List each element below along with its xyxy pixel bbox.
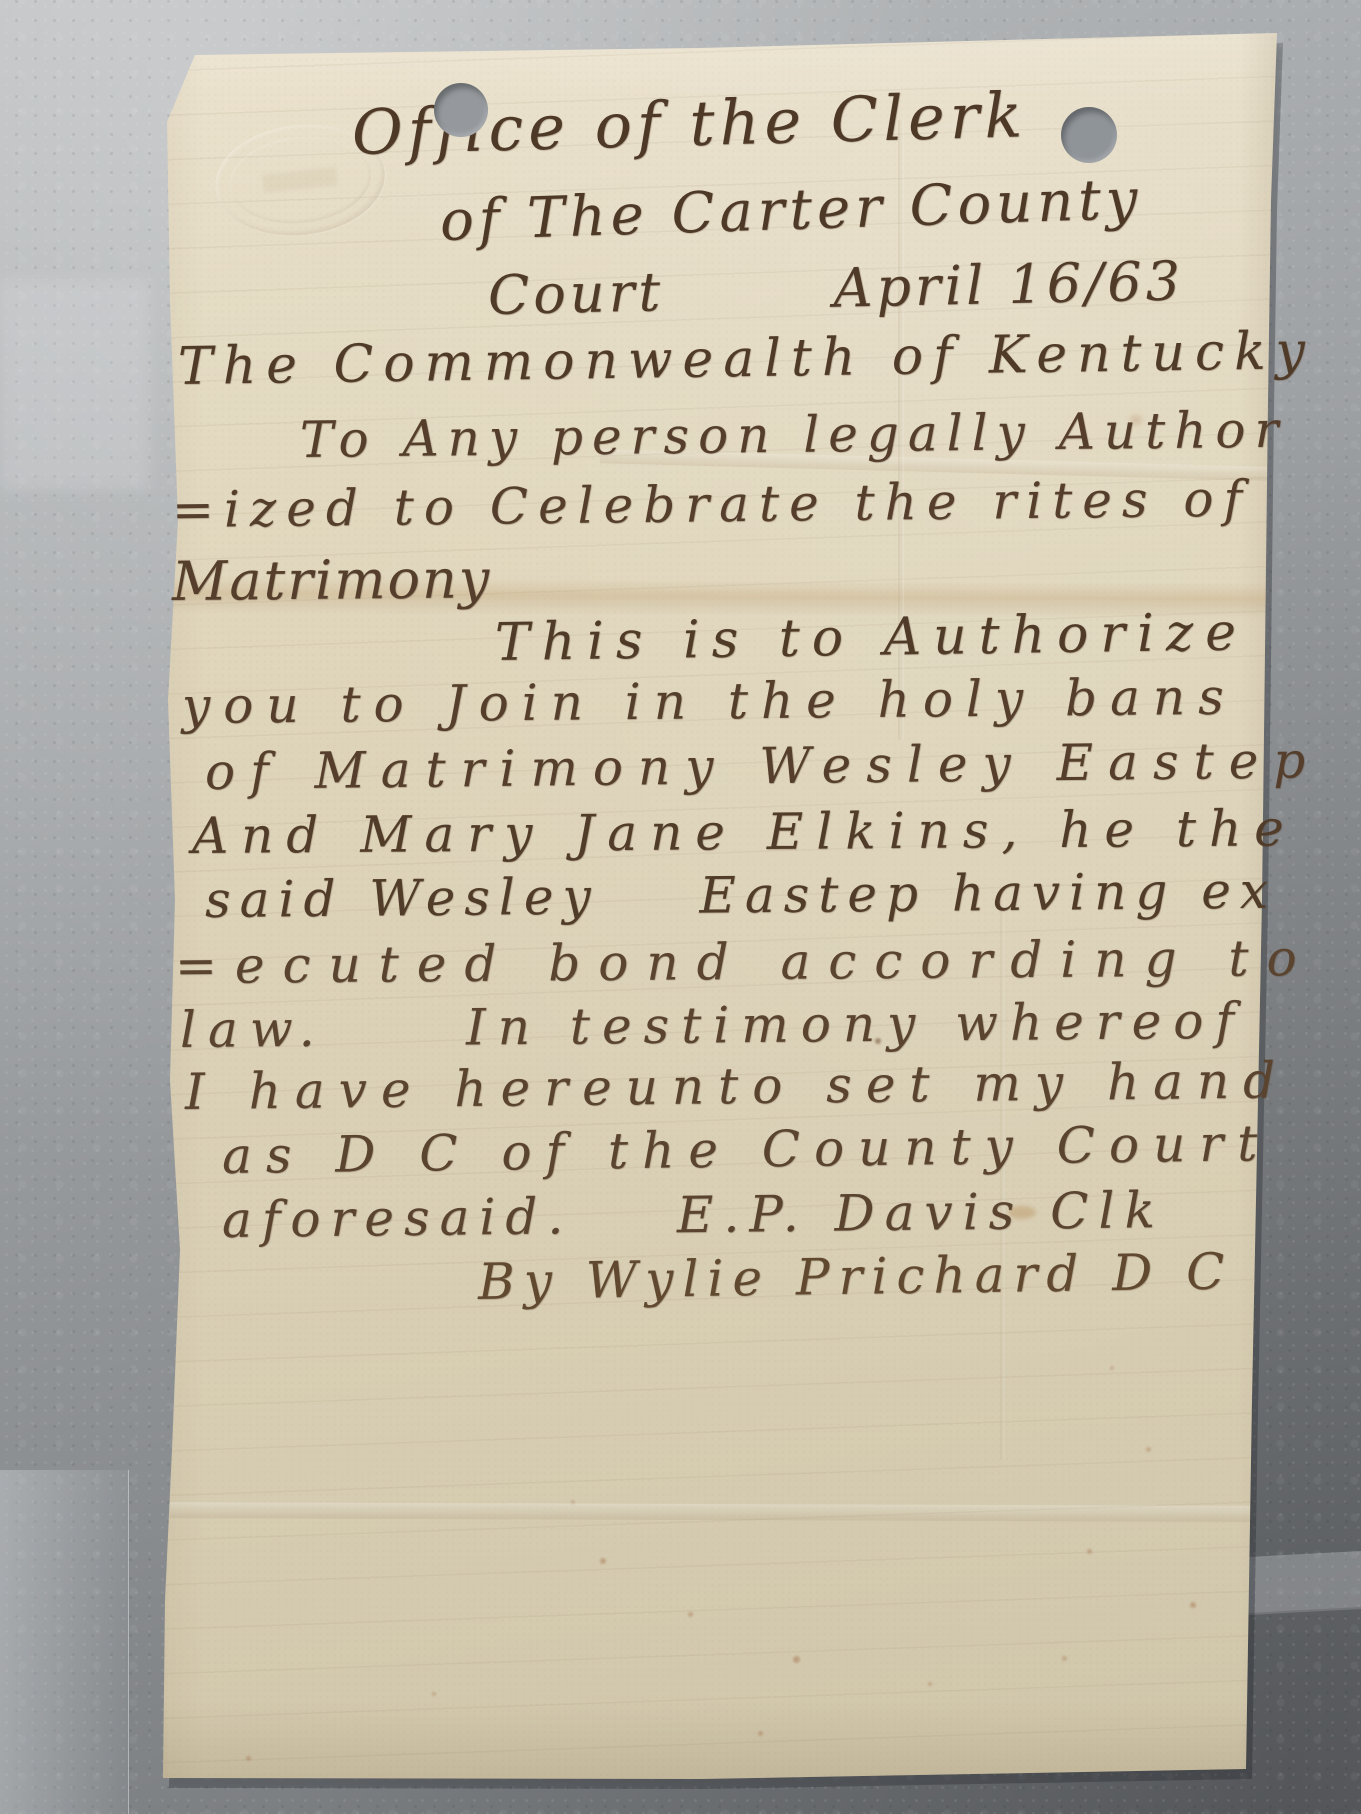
handwritten-line-14: law. In testimony whereof (180, 991, 1246, 1060)
handwritten-line-17: aforesaid. E.P. Davis Clk (222, 1180, 1165, 1250)
foxing-spot (1110, 1366, 1114, 1370)
punch-hole-left (434, 83, 488, 137)
handwritten-line-15: I have hereunto set my hand (185, 1050, 1290, 1122)
handwritten-line-13: =ecuted bond according to (175, 928, 1315, 996)
handwritten-line-16: as D C of the County Court (222, 1113, 1272, 1186)
handwritten-line-9: you to Join in the holy bans (182, 667, 1237, 736)
foxing-spot (793, 1656, 800, 1663)
foxing-spot (246, 1756, 251, 1761)
photo-background: Office of the Clerk of The Carter County… (0, 0, 1361, 1814)
foxing-spot (432, 1692, 436, 1696)
foxing-spot (1062, 1656, 1067, 1661)
handwritten-line-5: To Any person legally Author (300, 400, 1288, 470)
handwritten-line-11: And Mary Jane Elkins, he the (192, 798, 1297, 866)
background-seam-right (1248, 1551, 1361, 1615)
foxing-spot (1146, 1447, 1151, 1452)
foxing-spot (1190, 1602, 1196, 1608)
background-light-patch (0, 280, 150, 490)
foxing-spot (688, 1612, 693, 1617)
handwritten-line-7: Matrimony (172, 547, 492, 615)
handwritten-line-18: By Wylie Prichard D C (478, 1241, 1234, 1312)
foxing-spot (928, 1682, 932, 1686)
background-seam-left (0, 1470, 129, 1814)
punch-hole-right (1061, 107, 1117, 163)
handwritten-line-10: of Matrimony Wesley Eastep (205, 730, 1321, 802)
handwritten-line-8: This is to Authorize (495, 601, 1249, 674)
foxing-spot (758, 1731, 763, 1736)
handwritten-line-6: =ized to Celebrate the rites of (172, 469, 1253, 540)
foxing-spot (1087, 1549, 1092, 1554)
foxing-spot (571, 1500, 575, 1504)
handwritten-line-12: said Wesley Eastep having ex (205, 861, 1278, 930)
foxing-spot (600, 1558, 606, 1564)
